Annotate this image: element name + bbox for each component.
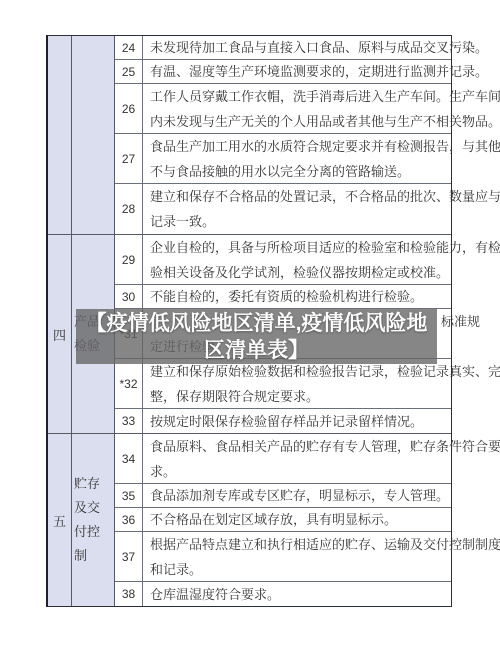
item-text: 未发现待加工食品与直接入口食品、原料与成品交叉污染。 [150,35,500,60]
table-row: 34 食品原料、食品相关产品的贮存有专人管理，贮存条件符合要求。 [115,434,451,484]
item-text: 建立和保存不合格品的处置记录，不合格品的批次、数量应与记录一致。 [150,184,500,234]
item-text: 食品添加剂专库或专区贮存，明显标示，专人管理。 [150,483,500,508]
table-row: 30 不能自检的，委托有资质的检验机构进行检验。 [115,285,451,309]
group-rows: 24 未发现待加工食品与直接入口食品、原料与成品交叉污染。 25 有温、湿度等生… [115,36,451,234]
watermark-text-line1: 【疫情低风险地区清单,疫情低风险地 [86,310,428,337]
table-row: 35 食品添加剂专库或专区贮存，明显标示，专人管理。 [115,484,451,508]
group-index-cell: 五 [48,434,72,606]
item-number: 37 [115,532,143,581]
table-row: 29 企业自检的，具备与所检项目适应的检验室和检验能力，有检验相关设备及化学试剂… [115,235,451,285]
item-number: 28 [115,184,143,234]
group-category-cell: 贮存及交付控制 [72,434,115,606]
table-row: *32 建立和保存原始检验数据和检验报告记录，检验记录真实、完整，保存期限符合规… [115,359,451,409]
item-text: 根据产品特点建立和执行相适应的贮存、运输及交付控制制度和记录。 [150,532,500,582]
item-number: 29 [115,235,143,284]
item-number: 25 [115,60,143,83]
item-text: 企业自检的，具备与所检项目适应的检验室和检验能力，有检验相关设备及化学试剂，检验… [150,235,500,285]
table-row: 36 不合格品在划定区域存放，具有明显标示。 [115,508,451,532]
table-row: 37 根据产品特点建立和执行相适应的贮存、运输及交付控制制度和记录。 [115,532,451,582]
group-rows: 34 食品原料、食品相关产品的贮存有专人管理，贮存条件符合要求。 35 食品添加… [115,434,451,606]
item-number: 35 [115,484,143,507]
item-number: 33 [115,409,143,433]
item-text: 食品生产加工用水的水质符合规定要求并有检测报告，与其他不与食品接触的用水以完全分… [150,134,500,184]
item-text: 按规定时限保存检验留存样品并记录留样情况。 [150,409,500,434]
page: 24 未发现待加工食品与直接入口食品、原料与成品交叉污染。 25 有温、湿度等生… [0,0,500,666]
table-row: 26 工作人员穿戴工作衣帽，洗手消毒后进入生产车间。生产车间内未发现与生产无关的… [115,84,451,134]
item-number: 24 [115,36,143,59]
group-category-cell [72,36,115,234]
item-text: 食品原料、食品相关产品的贮存有专人管理，贮存条件符合要求。 [150,434,500,484]
item-text: 仓库温湿度符合要求。 [150,582,500,607]
watermark-text-line2: 区清单表】 [204,337,309,364]
item-text: 建立和保存原始检验数据和检验报告记录，检验记录真实、完整，保存期限符合规定要求。 [150,359,500,409]
item-number: 27 [115,134,143,183]
item-number: *32 [115,359,143,408]
table-group: 五 贮存及交付控制 34 食品原料、食品相关产品的贮存有专人管理，贮存条件符合要… [48,434,451,606]
table-group: 24 未发现待加工食品与直接入口食品、原料与成品交叉污染。 25 有温、湿度等生… [48,36,451,235]
item-text: 不能自检的，委托有资质的检验机构进行检验。 [150,284,500,309]
table-row: 38 仓库温湿度符合要求。 [115,582,451,606]
table-row: 28 建立和保存不合格品的处置记录，不合格品的批次、数量应与记录一致。 [115,184,451,234]
watermark-overlay: 【疫情低风险地区清单,疫情低风险地 区清单表】 [76,309,437,364]
item-number: 34 [115,434,143,483]
item-number: 36 [115,508,143,531]
table-row: 24 未发现待加工食品与直接入口食品、原料与成品交叉污染。 [115,36,451,60]
table-row: 25 有温、湿度等生产环境监测要求的，定期进行监测并记录。 [115,60,451,84]
group-index-cell: 四 [48,235,72,433]
table-row: 27 食品生产加工用水的水质符合规定要求并有检测报告，与其他不与食品接触的用水以… [115,134,451,184]
item-text: 工作人员穿戴工作衣帽，洗手消毒后进入生产车间。生产车间内未发现与生产无关的个人用… [150,84,500,134]
item-number: 26 [115,84,143,133]
table-row: 33 按规定时限保存检验留存样品并记录留样情况。 [115,409,451,433]
item-number: 30 [115,285,143,308]
item-text: 有温、湿度等生产环境监测要求的，定期进行监测并记录。 [150,59,500,84]
group-index-cell [48,36,72,234]
item-text: 不合格品在划定区域存放，具有明显标示。 [150,507,500,532]
item-number: 38 [115,582,143,606]
